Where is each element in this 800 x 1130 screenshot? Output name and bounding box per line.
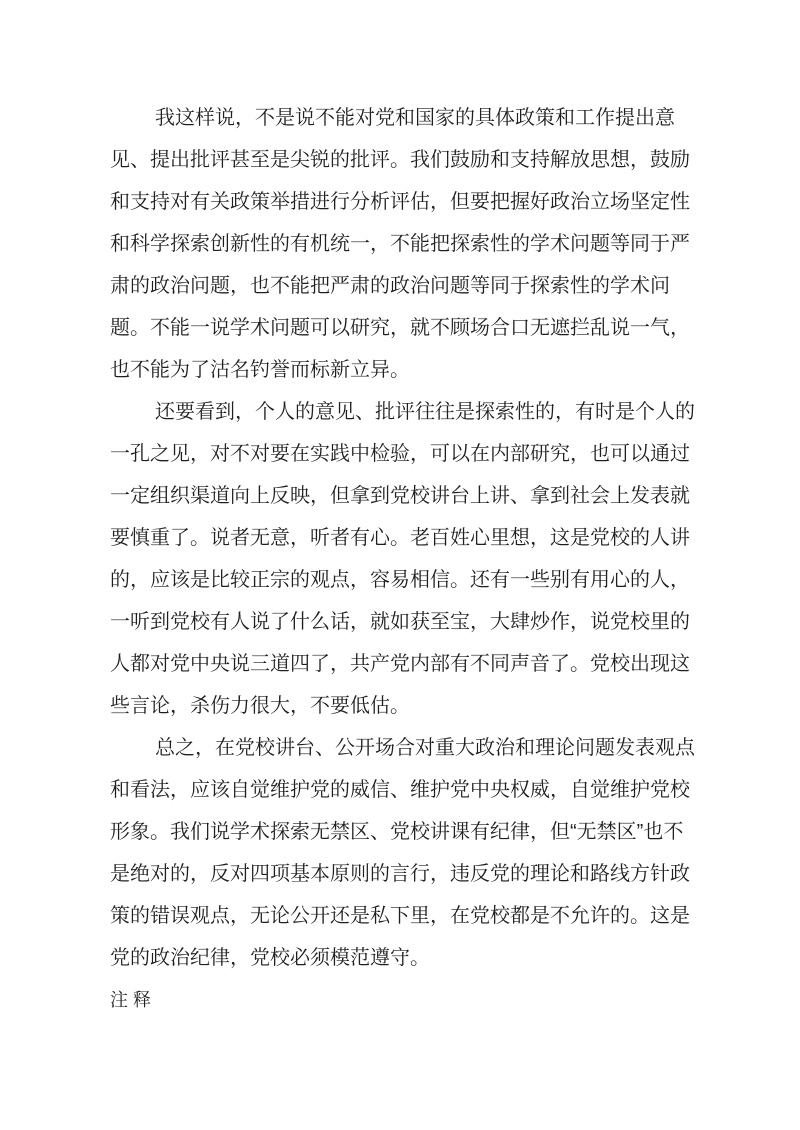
text-line: 一听到党校有人说了什么话，就如获至宝，大肆炒作，说党校里的 bbox=[110, 601, 696, 643]
text-line: 一孔之见，对不对要在实践中检验，可以在内部研究，也可以通过 bbox=[110, 433, 696, 475]
text-line: 策的错误观点，无论公开还是私下里，在党校都是不允许的。这是 bbox=[110, 895, 696, 937]
text-line: 和看法，应该自觉维护党的威信、维护党中央权威，自觉维护党校 bbox=[110, 769, 696, 811]
text-line: 形象。我们说学术探索无禁区、党校讲课有纪律，但“无禁区”也不 bbox=[110, 811, 696, 853]
notes-heading: 注 释 bbox=[110, 979, 696, 1021]
text-line: 一定组织渠道向上反映，但拿到党校讲台上讲、拿到社会上发表就 bbox=[110, 475, 696, 517]
text-line: 要慎重了。说者无意，听者有心。老百姓心里想，这是党校的人讲 bbox=[110, 517, 696, 559]
paragraph: 还要看到，个人的意见、批评往往是探索性的，有时是个人的一孔之见，对不对要在实践中… bbox=[110, 391, 696, 727]
text-line: 些言论，杀伤力很大，不要低估。 bbox=[110, 685, 696, 727]
text-line: 也不能为了沽名钓誉而标新立异。 bbox=[110, 349, 696, 391]
paragraph: 我这样说，不是说不能对党和国家的具体政策和工作提出意见、提出批评甚至是尖锐的批评… bbox=[110, 97, 696, 391]
text-line: 题。不能一说学术问题可以研究，就不顾场合口无遮拦乱说一气， bbox=[110, 307, 696, 349]
text-line: 人都对党中央说三道四了，共产党内部有不同声音了。党校出现这 bbox=[110, 643, 696, 685]
text-line: 我这样说，不是说不能对党和国家的具体政策和工作提出意 bbox=[110, 97, 696, 139]
text-line: 见、提出批评甚至是尖锐的批评。我们鼓励和支持解放思想，鼓励 bbox=[110, 139, 696, 181]
paragraph: 总之，在党校讲台、公开场合对重大政治和理论问题发表观点和看法，应该自觉维护党的威… bbox=[110, 727, 696, 979]
document-page: 我这样说，不是说不能对党和国家的具体政策和工作提出意见、提出批评甚至是尖锐的批评… bbox=[0, 0, 800, 1130]
text-line: 总之，在党校讲台、公开场合对重大政治和理论问题发表观点 bbox=[110, 727, 696, 769]
text-line: 和科学探索创新性的有机统一，不能把探索性的学术问题等同于严 bbox=[110, 223, 696, 265]
text-line: 党的政治纪律，党校必须模范遵守。 bbox=[110, 937, 696, 979]
text-line: 肃的政治问题，也不能把严肃的政治问题等同于探索性的学术问 bbox=[110, 265, 696, 307]
text-line: 的，应该是比较正宗的观点，容易相信。还有一些别有用心的人， bbox=[110, 559, 696, 601]
text-line: 是绝对的，反对四项基本原则的言行，违反党的理论和路线方针政 bbox=[110, 853, 696, 895]
body-text: 我这样说，不是说不能对党和国家的具体政策和工作提出意见、提出批评甚至是尖锐的批评… bbox=[110, 97, 696, 1021]
text-line: 还要看到，个人的意见、批评往往是探索性的，有时是个人的 bbox=[110, 391, 696, 433]
text-line: 和支持对有关政策举措进行分析评估，但要把握好政治立场坚定性 bbox=[110, 181, 696, 223]
